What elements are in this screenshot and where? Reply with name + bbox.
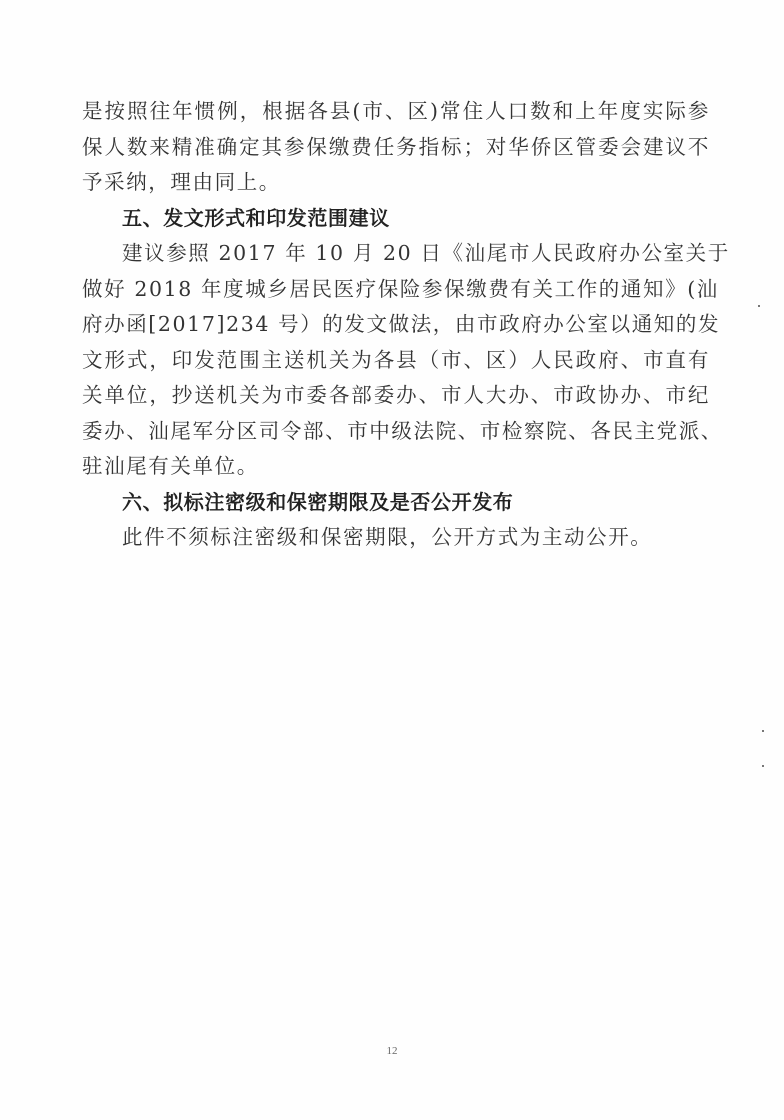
- section-heading-5: 五、发文形式和印发范围建议: [82, 201, 710, 237]
- paragraph-line: 保人数来精准确定其参保缴费任务指标；对华侨区管委会建议不: [82, 130, 710, 166]
- paragraph-line: 是按照往年惯例，根据各县(市、区)常住人口数和上年度实际参: [82, 94, 710, 130]
- paragraph-line: 文形式，印发范围主送机关为各县（市、区）人民政府、市直有: [82, 343, 710, 379]
- page-number: 12: [372, 1045, 412, 1057]
- scan-speck: [762, 730, 764, 732]
- paragraph-line: 做好 2018 年度城乡居民医疗保险参保缴费有关工作的通知》(汕: [82, 272, 710, 308]
- paragraph-line: 予采纳，理由同上。: [82, 165, 710, 201]
- scan-speck: [758, 305, 760, 307]
- paragraph-line: 建议参照 2017 年 10 月 20 日《汕尾市人民政府办公室关于: [82, 236, 710, 272]
- scan-speck: [762, 765, 764, 767]
- paragraph-line: 驻汕尾有关单位。: [82, 449, 710, 485]
- section-heading-6: 六、拟标注密级和保密期限及是否公开发布: [82, 485, 710, 521]
- document-body: 是按照往年惯例，根据各县(市、区)常住人口数和上年度实际参 保人数来精准确定其参…: [82, 94, 710, 556]
- paragraph-line: 委办、汕尾军分区司令部、市中级法院、市检察院、各民主党派、: [82, 414, 710, 450]
- document-page: 是按照往年惯例，根据各县(市、区)常住人口数和上年度实际参 保人数来精准确定其参…: [0, 0, 784, 1120]
- paragraph-line: 府办函[2017]234 号）的发文做法，由市政府办公室以通知的发: [82, 307, 710, 343]
- paragraph-line: 关单位，抄送机关为市委各部委办、市人大办、市政协办、市纪: [82, 378, 710, 414]
- paragraph-line: 此件不须标注密级和保密期限，公开方式为主动公开。: [82, 520, 710, 556]
